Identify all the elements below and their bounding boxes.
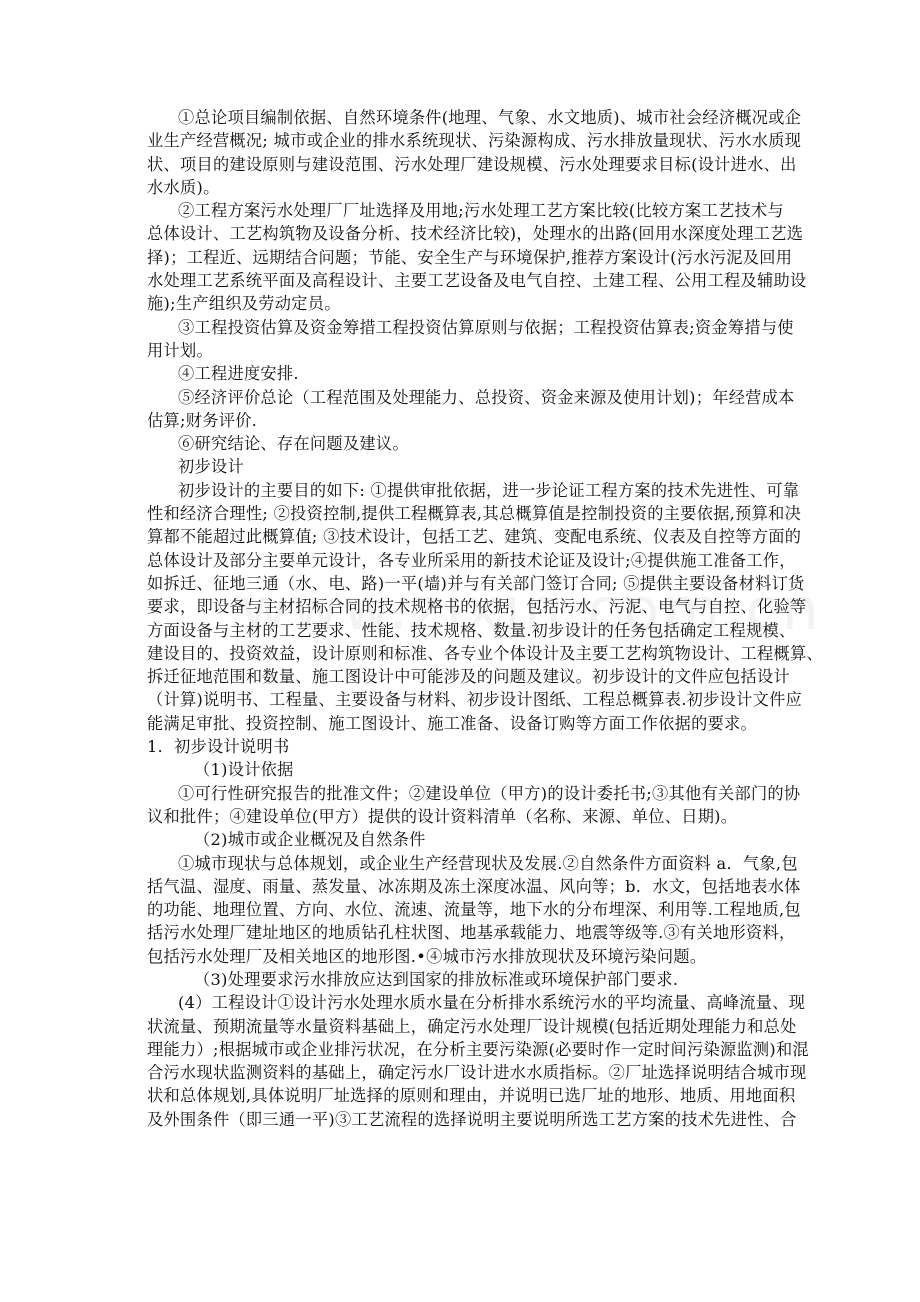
text-line: 包括污水处理厂及相关地区的地形图.•④城市污水排放现状及环境污染问题。 bbox=[147, 945, 787, 968]
text-line: 拆迁征地范围和数量、施工图设计中可能涉及的问题及建议。初步设计的文件应包括设计 bbox=[147, 665, 787, 688]
text-line: ③工程投资估算及资金筹措工程投资估算原则与依据；工程投资估算表;资金筹措与使 bbox=[147, 316, 787, 339]
text-line: 理能力）;根据城市或企业排污状况，在分析主要污染源(必要时作一定时间污染源监测)… bbox=[147, 1038, 787, 1061]
text-line: 初步设计的主要目的如下: ①提供审批依据，进一步论证工程方案的技术先进性、可靠 bbox=[147, 479, 787, 502]
text-line: 1．初步设计说明书 bbox=[147, 735, 787, 758]
text-line: ②工程方案污水处理厂厂址选择及用地;污水处理工艺方案比较(比较方案工艺技术与 bbox=[147, 199, 787, 222]
text-line: 初步设计 bbox=[147, 455, 787, 478]
text-line: 总体设计、工艺构筑物及设备分析、技术经济比较)，处理水的出路(回用水深度处理工艺… bbox=[147, 222, 787, 245]
text-line: 算都不能超过此概算值; ③技术设计，包括工艺、建筑、变配电系统、仪表及自控等方面… bbox=[147, 525, 787, 548]
text-line: （计算)说明书、工程量、主要设备与材料、初步设计图纸、工程总概算表.初步设计文件… bbox=[147, 688, 787, 711]
text-line: 业生产经营概况; 城市或企业的排水系统现状、污染源构成、污水排放量现状、污水水质… bbox=[147, 129, 787, 152]
text-line: 状流量、预期流量等水量资料基础上，确定污水处理厂设计规模(包括近期处理能力和总处 bbox=[147, 1015, 787, 1038]
text-line: ④工程进度安排. bbox=[147, 362, 787, 385]
text-line: 如拆迁、征地三通（水、电、路)一平(墙)并与有关部门签订合同; ⑤提供主要设备材… bbox=[147, 572, 787, 595]
text-line: 的功能、地理位置、方向、水位、流速、流量等，地下水的分布埋深、利用等.工程地质,… bbox=[147, 898, 787, 921]
text-line: ①可行性研究报告的批准文件；②建设单位（甲方)的设计委托书;③其他有关部门的协 bbox=[147, 782, 787, 805]
text-line: 总体设计及部分主要单元设计，各专业所采用的新技术论证及设计;④提供施工准备工作， bbox=[147, 549, 787, 572]
text-line: 估算;财务评价. bbox=[147, 409, 787, 432]
text-line: 议和批件；④建设单位(甲方）提供的设计资料清单（名称、来源、单位、日期)。 bbox=[147, 805, 787, 828]
text-line: (4）工程设计①设计污水处理水质水量在分析排水系统污水的平均流量、高峰流量、现 bbox=[147, 991, 787, 1014]
text-line: 要求，即设备与主材招标合同的技术规格书的依据，包括污水、污泥、电气与自控、化验等 bbox=[147, 595, 787, 618]
text-line: 水处理工艺系统平面及高程设计、主要工艺设备及电气自控、土建工程、公用工程及辅助设 bbox=[147, 269, 787, 292]
document-page: ①总论项目编制依据、自然环境条件(地理、气象、水文地质)、城市社会经济概况或企业… bbox=[147, 106, 787, 1131]
text-line: 状和总体规划,具体说明厂址选择的原则和理由，并说明已选厂址的地形、地质、用地面积 bbox=[147, 1084, 787, 1107]
text-line: 性和经济合理性; ②投资控制,提供工程概算表,其总概算值是控制投资的主要依据,预… bbox=[147, 502, 787, 525]
text-line: 合污水现状监测资料的基础上，确定污水厂设计进水水质指标。②厂址选择说明结合城市现 bbox=[147, 1061, 787, 1084]
text-line: （2)城市或企业概况及自然条件 bbox=[147, 828, 787, 851]
text-line: 择)；工程近、远期结合问题；节能、安全生产与环境保护,推荐方案设计(污水污泥及回… bbox=[147, 246, 787, 269]
text-line: 括污水处理厂建址地区的地质钻孔柱状图、地基承载能力、地震等级等.③有关地形资料， bbox=[147, 921, 787, 944]
text-line: ①城市现状与总体规划，或企业生产经营现状及发展.②自然条件方面资料 a．气象,包 bbox=[147, 852, 787, 875]
text-line: 水水质)。 bbox=[147, 176, 787, 199]
text-line: 状、项目的建设原则与建设范围、污水处理厂建设规模、污水处理要求目标(设计进水、出 bbox=[147, 153, 787, 176]
text-line: （1)设计依据 bbox=[147, 758, 787, 781]
text-line: 能满足审批、投资控制、施工图设计、施工准备、设备订购等方面工作依据的要求。 bbox=[147, 712, 787, 735]
text-line: 方面设备与主材的工艺要求、性能、技术规格、数量.初步设计的任务包括确定工程规模、 bbox=[147, 619, 787, 642]
text-line: （3)处理要求污水排放应达到国家的排放标准或环境保护部门要求. bbox=[147, 968, 787, 991]
text-line: 及外围条件（即三通一平)③工艺流程的选择说明主要说明所选工艺方案的技术先进性、合 bbox=[147, 1108, 787, 1131]
text-line: ⑤经济评价总论（工程范围及处理能力、总投资、资金来源及使用计划)；年经营成本 bbox=[147, 386, 787, 409]
text-line: 建设目的、投资效益，设计原则和标准、各专业个体设计及主要工艺构筑物设计、工程概算… bbox=[147, 642, 787, 665]
text-line: 用计划。 bbox=[147, 339, 787, 362]
text-line: ⑥研究结论、存在问题及建议。 bbox=[147, 432, 787, 455]
text-line: ①总论项目编制依据、自然环境条件(地理、气象、水文地质)、城市社会经济概况或企 bbox=[147, 106, 787, 129]
text-line: 括气温、湿度、雨量、蒸发量、冰冻期及冻土深度冰温、风向等；b．水文，包括地表水体 bbox=[147, 875, 787, 898]
text-line: 施);生产组织及劳动定员。 bbox=[147, 292, 787, 315]
